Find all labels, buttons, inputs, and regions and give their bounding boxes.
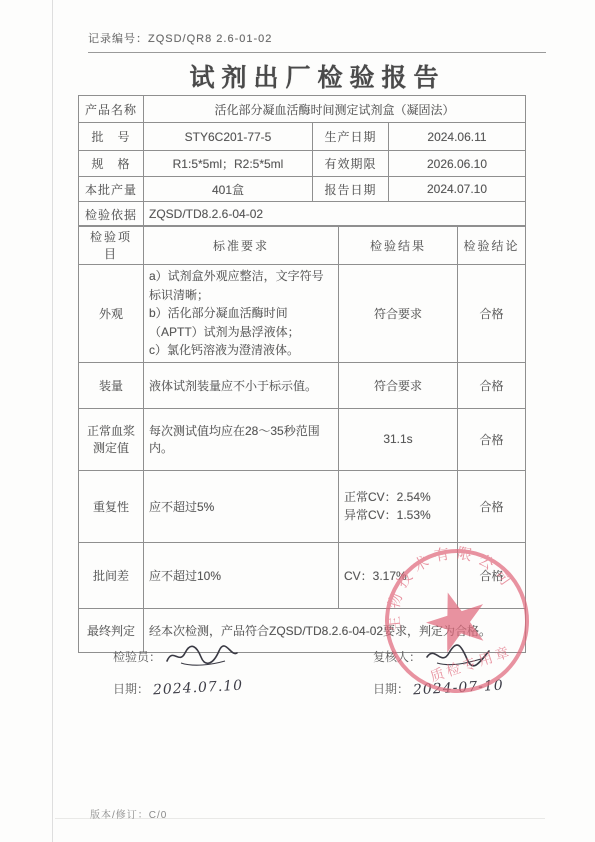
inspector-signature — [163, 643, 241, 669]
reviewer-date-label: 日期： — [373, 680, 409, 697]
record-number-value: ZQSD/QR8 2.6-01-02 — [148, 33, 272, 45]
table-row: 本批产量 401盒 报告日期 2024.07.10 — [79, 177, 526, 202]
table-row: 正常血浆测定值 每次测试值均应在28～35秒范围内。 31.1s 合格 — [79, 408, 526, 470]
reviewer-label: 复核人： — [373, 648, 421, 665]
table-row: 外观 a）试剂盒外观应整洁，文字符号标识清晰； b）活化部分凝血活酶时间（APT… — [79, 265, 526, 363]
reviewer-date-value: 2024-07-10 — [413, 678, 504, 699]
table-row: 批 号 STY6C201-77-5 生产日期 2024.06.11 — [79, 123, 526, 151]
item-requirement: 应不超过5% — [144, 470, 339, 542]
item-conclusion: 合格 — [458, 542, 526, 608]
item-name: 装量 — [79, 362, 144, 408]
inspector-date-label: 日期： — [113, 680, 149, 697]
product-name-label: 产品名称 — [79, 96, 144, 123]
item-result: CV：3.17% — [339, 542, 458, 608]
scan-edge — [52, 0, 53, 842]
expiry-value: 2026.06.10 — [389, 151, 526, 177]
table-row: 批间差 应不超过10% CV：3.17% 合格 — [79, 542, 526, 608]
col-header-requirement: 标准要求 — [144, 226, 339, 265]
report-date-value: 2024.07.10 — [389, 177, 526, 202]
table-row: 检验依据 ZQSD/TD8.2.6-04-02 — [79, 202, 526, 227]
record-number-line: 记录编号：ZQSD/QR8 2.6-01-02 — [88, 30, 546, 53]
version-footer: 版本/修订：C/0 — [90, 806, 167, 821]
reviewer-signature — [423, 643, 493, 669]
inspector-block: 检验员： 日期： 2024.07.10 — [113, 640, 243, 704]
table-row: 装量 液体试剂装量应不小于标示值。 符合要求 合格 — [79, 362, 526, 408]
batch-value: STY6C201-77-5 — [144, 123, 313, 151]
col-header-item: 检验项目 — [79, 226, 144, 265]
item-result: 符合要求 — [339, 265, 458, 363]
product-info-table: 产品名称 活化部分凝血活酶时间测定试剂盒（凝固法） 批 号 STY6C201-7… — [78, 95, 526, 227]
report-date-label: 报告日期 — [313, 177, 389, 202]
record-number-label: 记录编号： — [88, 33, 148, 45]
inspector-date-value: 2024.07.10 — [153, 678, 244, 699]
item-name: 批间差 — [79, 542, 144, 608]
table-row: 重复性 应不超过5% 正常CV：2.54% 异常CV：1.53% 合格 — [79, 470, 526, 542]
reviewer-block: 复核人： 日期： 2024-07-10 — [373, 640, 504, 704]
inspection-table: 检验项目 标准要求 检验结果 检验结论 外观 a）试剂盒外观应整洁，文字符号标识… — [78, 225, 526, 653]
item-requirement: 液体试剂装量应不小于标示值。 — [144, 362, 339, 408]
inspector-label: 检验员： — [113, 648, 161, 665]
page-title: 试剂出厂检验报告 — [0, 58, 595, 94]
item-result: 31.1s — [339, 408, 458, 470]
item-name: 外观 — [79, 265, 144, 363]
item-conclusion: 合格 — [458, 470, 526, 542]
quantity-label: 本批产量 — [79, 177, 144, 202]
item-result: 正常CV：2.54% 异常CV：1.53% — [339, 470, 458, 542]
table-row: 规 格 R1:5*5ml；R2:5*5ml 有效期限 2026.06.10 — [79, 151, 526, 177]
batch-label: 批 号 — [79, 123, 144, 151]
item-name: 正常血浆测定值 — [79, 408, 144, 470]
spec-value: R1:5*5ml；R2:5*5ml — [144, 151, 313, 177]
item-result: 符合要求 — [339, 362, 458, 408]
signature-area: 检验员： 日期： 2024.07.10 复核人： 日期： — [78, 640, 525, 720]
quantity-value: 401盒 — [144, 177, 313, 202]
product-name-value: 活化部分凝血活酶时间测定试剂盒（凝固法） — [144, 96, 526, 123]
col-header-result: 检验结果 — [339, 226, 458, 265]
basis-value: ZQSD/TD8.2.6-04-02 — [144, 202, 526, 227]
table-row: 产品名称 活化部分凝血活酶时间测定试剂盒（凝固法） — [79, 96, 526, 123]
spec-label: 规 格 — [79, 151, 144, 177]
table-header-row: 检验项目 标准要求 检验结果 检验结论 — [79, 226, 526, 265]
basis-label: 检验依据 — [79, 202, 144, 227]
col-header-conclusion: 检验结论 — [458, 226, 526, 265]
item-name: 重复性 — [79, 470, 144, 542]
item-requirement: 应不超过10% — [144, 542, 339, 608]
item-conclusion: 合格 — [458, 408, 526, 470]
item-requirement: 每次测试值均应在28～35秒范围内。 — [144, 408, 339, 470]
item-conclusion: 合格 — [458, 362, 526, 408]
scanned-page: 记录编号：ZQSD/QR8 2.6-01-02 试剂出厂检验报告 产品名称 活化… — [0, 0, 595, 842]
production-date-value: 2024.06.11 — [389, 123, 526, 151]
item-requirement: a）试剂盒外观应整洁，文字符号标识清晰； b）活化部分凝血活酶时间（APTT）试… — [144, 265, 339, 363]
item-conclusion: 合格 — [458, 265, 526, 363]
expiry-label: 有效期限 — [313, 151, 389, 177]
production-date-label: 生产日期 — [313, 123, 389, 151]
